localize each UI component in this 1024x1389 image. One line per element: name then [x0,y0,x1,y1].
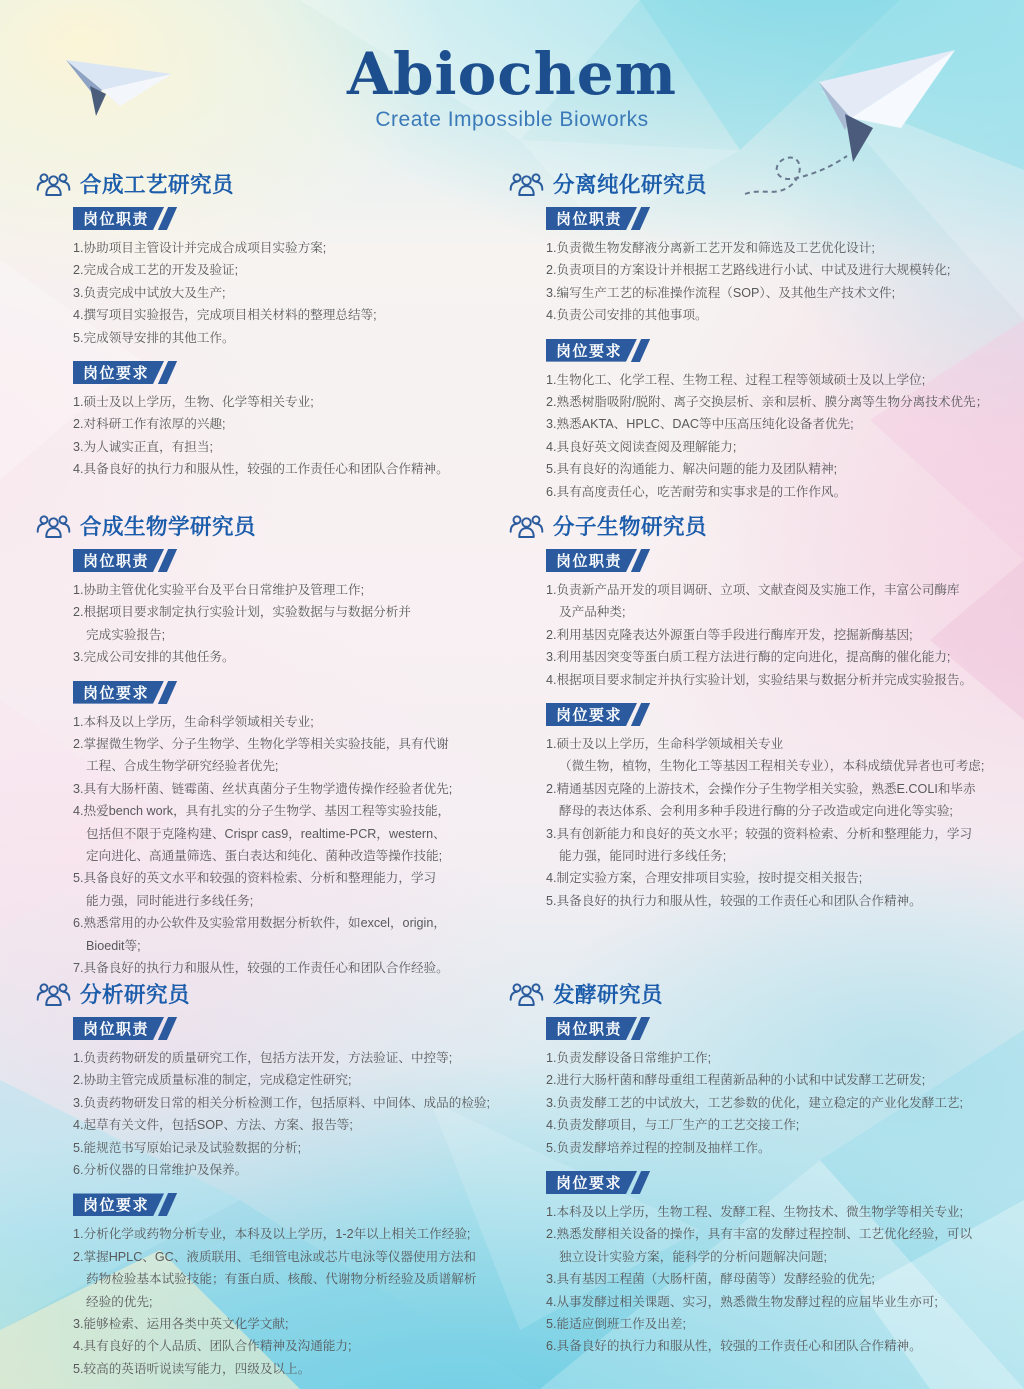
job-title: 分子生物研究员 [553,510,707,541]
requirements-badge-label: 岗位要求 [546,703,637,726]
job-section-analysis: 分析研究员 岗位职责 1.负责药物研发的质量研究工作，包括方法开发，方法验证、中… [36,978,499,1380]
job-list-item: 2.对科研工作有浓厚的兴趣; [73,413,499,435]
job-list-item: 2.协助主管完成质量标准的制定，完成稳定性研究; [73,1069,499,1091]
job-section-synthetic-biology: 合成生物学研究员 岗位职责 1.协助主管优化实验平台及平台日常维护及管理工作;2… [36,510,499,980]
job-list-item: 1.负责发酵设备日常维护工作; [546,1047,1012,1069]
job-body: 岗位职责 1.负责发酵设备日常维护工作;2.进行大肠杆菌和酵母重组工程菌新品种的… [546,1017,1012,1358]
job-list-item: 1.本科及以上学历，生物工程、发酵工程、生物技术、微生物学等相关专业; [546,1201,1012,1223]
responsibilities-list: 1.协助主管优化实验平台及平台日常维护及管理工作;2.根据项目要求制定执行实验计… [73,579,499,669]
requirements-badge: 岗位要求 [73,681,499,704]
responsibilities-badge-label: 岗位职责 [73,549,164,572]
job-list-item: 4.具良好英文阅读查阅及理解能力; [546,436,1012,458]
people-group-icon [509,981,544,1007]
job-list-item: 5.较高的英语听说读写能力，四级及以上。 [73,1358,499,1380]
job-section-fermentation: 发酵研究员 岗位职责 1.负责发酵设备日常维护工作;2.进行大肠杆菌和酵母重组工… [509,978,1012,1380]
people-group-icon [509,513,544,539]
job-body: 岗位职责 1.协助项目主管设计并完成合成项目实验方案;2.完成合成工艺的开发及验… [73,207,499,481]
job-list-item: 3.具有基因工程菌（大肠杆菌，酵母菌等）发酵经验的优先; [546,1268,1012,1290]
job-list-item: 1.负责新产品开发的项目调研、立项、文献查阅及实施工作，丰富公司酶库 及产品种类… [546,579,1012,624]
job-list-item: 4.具备良好的执行力和服从性，较强的工作责任心和团队合作精神。 [73,458,499,480]
requirements-badge: 岗位要求 [546,1171,1012,1194]
responsibilities-list: 1.负责新产品开发的项目调研、立项、文献查阅及实施工作，丰富公司酶库 及产品种类… [546,579,1012,691]
job-list-item: 1.本科及以上学历，生命科学领域相关专业; [73,711,499,733]
job-list-item: 2.熟悉发酵相关设备的操作，具有丰富的发酵过程控制、工艺优化经验，可以 独立设计… [546,1223,1012,1268]
job-list-item: 3.编写生产工艺的标准操作流程（SOP）、及其他生产技术文件; [546,282,1012,304]
requirements-badge-label: 岗位要求 [73,1193,164,1216]
requirements-badge-label: 岗位要求 [546,1171,637,1194]
job-list-item: 6.熟悉常用的办公软件及实验常用数据分析软件，如excel，origin， Bi… [73,912,499,957]
job-list-item: 3.利用基因突变等蛋白质工程方法进行酶的定向进化，提高酶的催化能力; [546,646,1012,668]
job-list-item: 2.掌握微生物学、分子生物学、生物化学等相关实验技能，具有代谢 工程、合成生物学… [73,733,499,778]
job-list-item: 3.完成公司安排的其他任务。 [73,646,499,668]
responsibilities-badge-label: 岗位职责 [546,549,637,572]
responsibilities-list: 1.负责微生物发酵液分离新工艺开发和筛选及工艺优化设计;2.负责项目的方案设计并… [546,237,1012,327]
job-list-item: 3.能够检索、运用各类中英文化学文献; [73,1313,499,1335]
job-list-item: 2.负责项目的方案设计并根据工艺路线进行小试、中试及进行大规模转化; [546,259,1012,281]
requirements-badge-label: 岗位要求 [546,339,637,362]
responsibilities-badge-label: 岗位职责 [546,207,637,230]
requirements-list: 1.本科及以上学历，生命科学领域相关专业;2.掌握微生物学、分子生物学、生物化学… [73,711,499,980]
job-list-item: 1.负责微生物发酵液分离新工艺开发和筛选及工艺优化设计; [546,237,1012,259]
job-list-item: 2.利用基因克隆表达外源蛋白等手段进行酶库开发，挖掘新酶基因; [546,624,1012,646]
job-list-item: 4.从事发酵过相关课题、实习，熟悉微生物发酵过程的应届毕业生亦可; [546,1291,1012,1313]
job-list-item: 6.具有高度责任心，吃苦耐劳和实事求是的工作作风。 [546,481,1012,503]
job-header: 分子生物研究员 [509,510,1012,541]
job-list-item: 6.具备良好的执行力和服从性，较强的工作责任心和团队合作精神。 [546,1335,1012,1357]
requirements-badge: 岗位要求 [546,703,1012,726]
job-list-item: 1.硕士及以上学历，生命科学领域相关专业 （微生物，植物，生物化工等基因工程相关… [546,733,1012,778]
job-title: 合成生物学研究员 [80,510,256,541]
responsibilities-badge: 岗位职责 [546,549,1012,572]
requirements-list: 1.分析化学或药物分析专业，本科及以上学历，1-2年以上相关工作经验;2.掌握H… [73,1223,499,1380]
responsibilities-badge: 岗位职责 [73,1017,499,1040]
job-section-molecular-biology: 分子生物研究员 岗位职责 1.负责新产品开发的项目调研、立项、文献查阅及实施工作… [509,510,1012,980]
job-list-item: 5.具备良好的英文水平和较强的资料检索、分析和整理能力，学习 能力强，同时能进行… [73,867,499,912]
job-list-item: 3.负责完成中试放大及生产; [73,282,499,304]
jobs-row-1: 合成工艺研究员 岗位职责 1.协助项目主管设计并完成合成项目实验方案;2.完成合… [36,168,1012,503]
job-list-item: 1.分析化学或药物分析专业，本科及以上学历，1-2年以上相关工作经验; [73,1223,499,1245]
responsibilities-badge-label: 岗位职责 [73,207,164,230]
job-header: 合成工艺研究员 [36,168,499,199]
job-list-item: 4.根据项目要求制定并执行实验计划，实验结果与数据分析并完成实验报告。 [546,669,1012,691]
requirements-list: 1.本科及以上学历，生物工程、发酵工程、生物技术、微生物学等相关专业;2.熟悉发… [546,1201,1012,1358]
recruitment-poster: Abiochem Create Impossible Bioworks 合成工艺… [0,0,1024,1389]
jobs-row-2: 合成生物学研究员 岗位职责 1.协助主管优化实验平台及平台日常维护及管理工作;2… [36,510,1012,980]
job-list-item: 1.硕士及以上学历，生物、化学等相关专业; [73,391,499,413]
job-list-item: 4.制定实验方案，合理安排项目实验，按时提交相关报告; [546,867,1012,889]
paper-plane-icon [60,50,182,124]
job-body: 岗位职责 1.负责药物研发的质量研究工作，包括方法开发，方法验证、中控等;2.协… [73,1017,499,1380]
job-list-item: 2.根据项目要求制定执行实验计划，实验数据与与数据分析并 完成实验报告; [73,601,499,646]
people-group-icon [36,171,71,197]
job-list-item: 2.精通基因克隆的上游技术，会操作分子生物学相关实验，熟悉E.COLI和毕赤 酵… [546,778,1012,823]
job-list-item: 5.负责发酵培养过程的控制及抽样工作。 [546,1137,1012,1159]
responsibilities-badge: 岗位职责 [546,207,1012,230]
job-list-item: 3.具有大肠杆菌、链霉菌、丝状真菌分子生物学遗传操作经验者优先; [73,778,499,800]
job-header: 分析研究员 [36,978,499,1009]
job-title: 分析研究员 [80,978,190,1009]
job-header: 合成生物学研究员 [36,510,499,541]
job-list-item: 3.为人诚实正直，有担当; [73,436,499,458]
responsibilities-list: 1.负责药物研发的质量研究工作，包括方法开发，方法验证、中控等;2.协助主管完成… [73,1047,499,1181]
job-header: 分离纯化研究员 [509,168,1012,199]
people-group-icon [36,513,71,539]
requirements-badge-label: 岗位要求 [73,361,164,384]
job-list-item: 2.完成合成工艺的开发及验证; [73,259,499,281]
job-body: 岗位职责 1.负责微生物发酵液分离新工艺开发和筛选及工艺优化设计;2.负责项目的… [546,207,1012,503]
job-list-item: 3.熟悉AKTA、HPLC、DAC等中压高压纯化设备者优先; [546,413,1012,435]
requirements-list: 1.硕士及以上学历，生物、化学等相关专业;2.对科研工作有浓厚的兴趣;3.为人诚… [73,391,499,481]
job-title: 发酵研究员 [553,978,663,1009]
job-list-item: 5.能规范书写原始记录及试验数据的分析; [73,1137,499,1159]
responsibilities-badge: 岗位职责 [73,207,499,230]
requirements-badge-label: 岗位要求 [73,681,164,704]
job-list-item: 4.负责发酵项目，与工厂生产的工艺交接工作; [546,1114,1012,1136]
requirements-badge: 岗位要求 [546,339,1012,362]
job-list-item: 5.完成领导安排的其他工作。 [73,327,499,349]
job-list-item: 5.具有良好的沟通能力、解决问题的能力及团队精神; [546,458,1012,480]
job-body: 岗位职责 1.负责新产品开发的项目调研、立项、文献查阅及实施工作，丰富公司酶库 … [546,549,1012,912]
job-body: 岗位职责 1.协助主管优化实验平台及平台日常维护及管理工作;2.根据项目要求制定… [73,549,499,980]
job-list-item: 1.协助主管优化实验平台及平台日常维护及管理工作; [73,579,499,601]
job-section-separation-purification: 分离纯化研究员 岗位职责 1.负责微生物发酵液分离新工艺开发和筛选及工艺优化设计… [509,168,1012,503]
jobs-row-3: 分析研究员 岗位职责 1.负责药物研发的质量研究工作，包括方法开发，方法验证、中… [36,978,1012,1380]
job-list-item: 4.起草有关文件，包括SOP、方法、方案、报告等; [73,1114,499,1136]
job-list-item: 2.熟悉树脂吸附/脱附、离子交换层析、亲和层析、膜分离等生物分离技术优先； [546,391,1012,413]
job-list-item: 4.热爱bench work，具有扎实的分子生物学、基因工程等实验技能， 包括但… [73,800,499,867]
job-title: 分离纯化研究员 [553,168,707,199]
job-list-item: 1.协助项目主管设计并完成合成项目实验方案; [73,237,499,259]
job-title: 合成工艺研究员 [80,168,234,199]
job-list-item: 3.具有创新能力和良好的英文水平；较强的资料检索、分析和整理能力，学习 能力强，… [546,823,1012,868]
responsibilities-badge-label: 岗位职责 [546,1017,637,1040]
job-list-item: 2.掌握HPLC、GC、液质联用、毛细管电泳或芯片电泳等仪器使用方法和 药物检验… [73,1246,499,1313]
job-list-item: 5.能适应倒班工作及出差; [546,1313,1012,1335]
responsibilities-list: 1.负责发酵设备日常维护工作;2.进行大肠杆菌和酵母重组工程菌新品种的小试和中试… [546,1047,1012,1159]
job-list-item: 7.具备良好的执行力和服从性，较强的工作责任心和团队合作经验。 [73,957,499,979]
job-list-item: 1.生物化工、化学工程、生物工程、过程工程等领域硕士及以上学位; [546,369,1012,391]
people-group-icon [36,981,71,1007]
requirements-badge: 岗位要求 [73,1193,499,1216]
job-section-synthesis-process: 合成工艺研究员 岗位职责 1.协助项目主管设计并完成合成项目实验方案;2.完成合… [36,168,499,503]
requirements-list: 1.生物化工、化学工程、生物工程、过程工程等领域硕士及以上学位;2.熟悉树脂吸附… [546,369,1012,503]
job-list-item: 3.负责药物研发日常的相关分析检测工作，包括原料、中间体、成品的检验; [73,1092,499,1114]
requirements-list: 1.硕士及以上学历，生命科学领域相关专业 （微生物，植物，生物化工等基因工程相关… [546,733,1012,912]
job-list-item: 2.进行大肠杆菌和酵母重组工程菌新品种的小试和中试发酵工艺研发; [546,1069,1012,1091]
responsibilities-badge-label: 岗位职责 [73,1017,164,1040]
job-list-item: 3.负责发酵工艺的中试放大，工艺参数的优化，建立稳定的产业化发酵工艺; [546,1092,1012,1114]
job-list-item: 4.负责公司安排的其他事项。 [546,304,1012,326]
job-list-item: 4.撰写项目实验报告，完成项目相关材料的整理总结等; [73,304,499,326]
job-header: 发酵研究员 [509,978,1012,1009]
job-list-item: 1.负责药物研发的质量研究工作，包括方法开发，方法验证、中控等; [73,1047,499,1069]
job-list-item: 6.分析仪器的日常维护及保养。 [73,1159,499,1181]
responsibilities-badge: 岗位职责 [546,1017,1012,1040]
requirements-badge: 岗位要求 [73,361,499,384]
people-group-icon [509,171,544,197]
job-list-item: 4.具有良好的个人品质、团队合作精神及沟通能力; [73,1335,499,1357]
job-list-item: 5.具备良好的执行力和服从性，较强的工作责任心和团队合作精神。 [546,890,1012,912]
responsibilities-badge: 岗位职责 [73,549,499,572]
responsibilities-list: 1.协助项目主管设计并完成合成项目实验方案;2.完成合成工艺的开发及验证;3.负… [73,237,499,349]
